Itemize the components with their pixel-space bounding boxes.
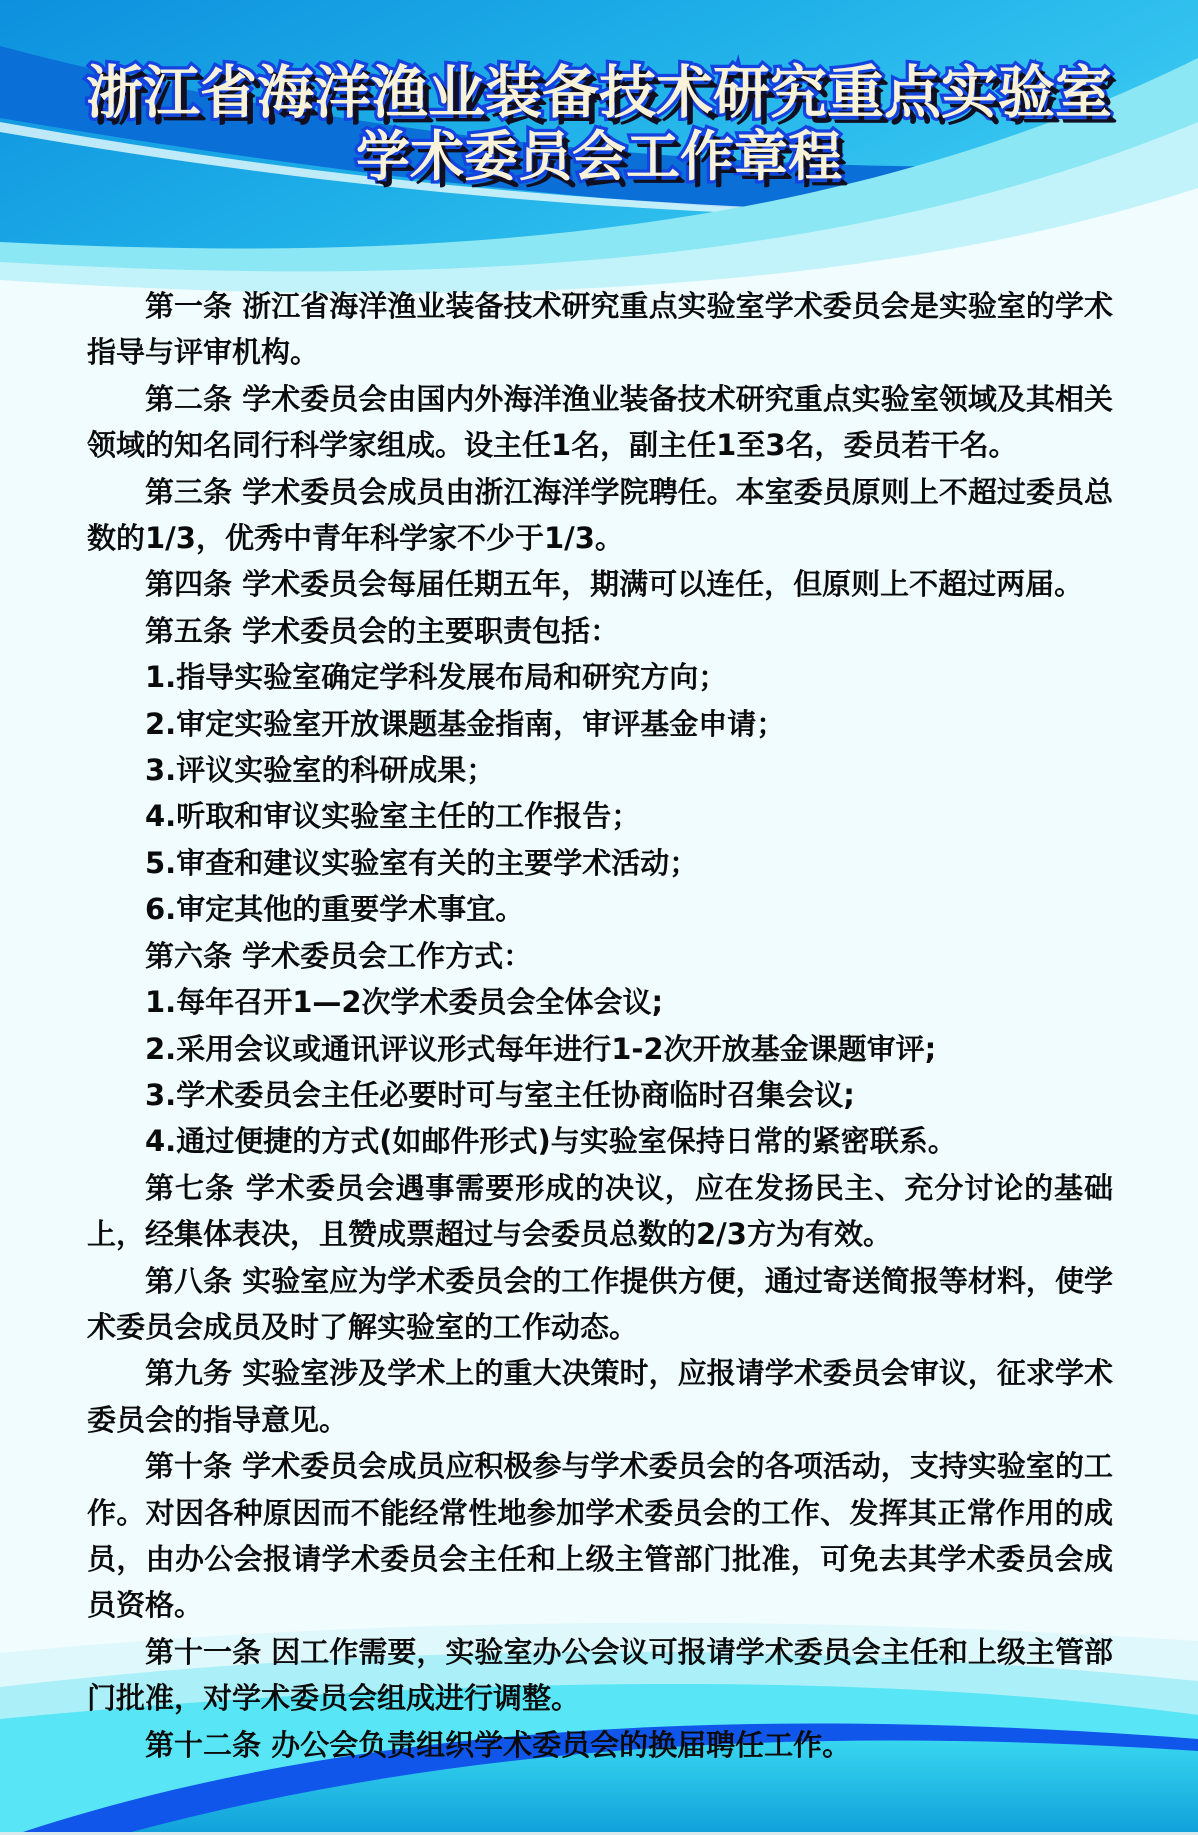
article-paragraph: 1.指导实验室确定学科发展布局和研究方向；	[87, 654, 1113, 700]
article-paragraph: 第八条 实验室应为学术委员会的工作提供方便，通过寄送简报等材料，使学术委员会成员…	[87, 1258, 1113, 1351]
article-paragraph: 第六条 学术委员会工作方式：	[87, 933, 1113, 979]
article-paragraph: 3.学术委员会主任必要时可与室主任协商临时召集会议;	[87, 1072, 1113, 1118]
article-paragraph: 第四条 学术委员会每届任期五年，期满可以连任，但原则上不超过两届。	[87, 561, 1113, 607]
article-paragraph: 2.采用会议或通讯评议形式每年进行1-2次开放基金课题审评;	[87, 1026, 1113, 1072]
article-paragraph: 第十一条 因工作需要，实验室办公会议可报请学术委员会主任和上级主管部门批准，对学…	[87, 1629, 1113, 1722]
articles-container: 第一条 浙江省海洋渔业装备技术研究重点实验室学术委员会是实验室的学术指导与评审机…	[87, 283, 1113, 1768]
poster-title-block: 浙江省海洋渔业装备技术研究重点实验室 学术委员会工作章程	[0, 0, 1198, 186]
article-paragraph: 6.审定其他的重要学术事宜。	[87, 886, 1113, 932]
article-paragraph: 第十条 学术委员会成员应积极参与学术委员会的各项活动，支持实验室的工作。对因各种…	[87, 1443, 1113, 1629]
article-paragraph: 第五条 学术委员会的主要职责包括：	[87, 608, 1113, 654]
article-paragraph: 4.听取和审议实验室主任的工作报告；	[87, 793, 1113, 839]
article-paragraph: 1.每年召开1—2次学术委员会全体会议;	[87, 979, 1113, 1025]
article-paragraph: 2.审定实验室开放课题基金指南，审评基金申请；	[87, 701, 1113, 747]
article-paragraph: 第二条 学术委员会由国内外海洋渔业装备技术研究重点实验室领域及其相关领域的知名同…	[87, 376, 1113, 469]
poster-title-line2: 学术委员会工作章程	[0, 127, 1198, 186]
poster-page: 浙江省海洋渔业装备技术研究重点实验室 学术委员会工作章程 第一条 浙江省海洋渔业…	[0, 0, 1198, 1835]
article-paragraph: 第九务 实验室涉及学术上的重大决策时，应报请学术委员会审议，征求学术委员会的指导…	[87, 1350, 1113, 1443]
article-paragraph: 第三条 学术委员会成员由浙江海洋学院聘任。本室委员原则上不超过委员总数的1/3，…	[87, 469, 1113, 562]
article-paragraph: 3.评议实验室的科研成果；	[87, 747, 1113, 793]
article-paragraph: 第一条 浙江省海洋渔业装备技术研究重点实验室学术委员会是实验室的学术指导与评审机…	[87, 283, 1113, 376]
article-paragraph: 第七条 学术委员会遇事需要形成的决议，应在发扬民主、充分讨论的基础上，经集体表决…	[87, 1165, 1113, 1258]
article-paragraph: 第十二条 办公会负责组织学术委员会的换届聘任工作。	[87, 1722, 1113, 1768]
article-paragraph: 5.审查和建议实验室有关的主要学术活动；	[87, 840, 1113, 886]
poster-title-line1: 浙江省海洋渔业装备技术研究重点实验室	[0, 62, 1198, 125]
article-paragraph: 4.通过便捷的方式(如邮件形式)与实验室保持日常的紧密联系。	[87, 1118, 1113, 1164]
